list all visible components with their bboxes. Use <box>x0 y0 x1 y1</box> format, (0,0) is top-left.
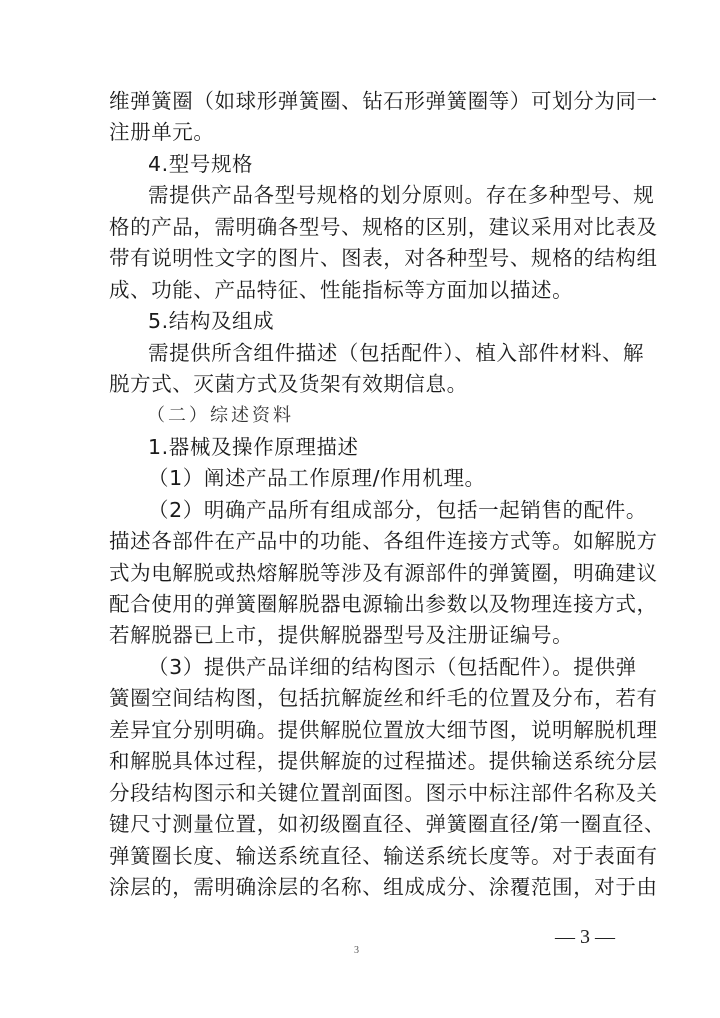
text-line: 脱方式、灭菌方式及货架有效期信息。 <box>109 369 613 400</box>
text-line: 差异宜分别明确。提供解脱位置放大细节图，说明解脱机理 <box>109 715 613 746</box>
text-line: 弹簧圈长度、输送系统直径、输送系统长度等。对于表面有 <box>109 841 613 872</box>
document-body: 维弹簧圈（如球形弹簧圈、钻石形弹簧圈等）可划分为同一 注册单元。 4.型号规格 … <box>109 86 613 903</box>
text-line: 维弹簧圈（如球形弹簧圈、钻石形弹簧圈等）可划分为同一 <box>109 86 613 117</box>
text-line: 簧圈空间结构图，包括抗解旋丝和纤毛的位置及分布，若有 <box>109 683 613 714</box>
document-page: 维弹簧圈（如球形弹簧圈、钻石形弹簧圈等）可划分为同一 注册单元。 4.型号规格 … <box>0 0 720 1018</box>
text-line: 键尺寸测量位置，如初级圈直径、弹簧圈直径/第一圈直径、 <box>109 809 613 840</box>
text-line: 需提供产品各型号规格的划分原则。存在多种型号、规 <box>109 180 613 211</box>
text-line: （3）提供产品详细的结构图示（包括配件）。提供弹 <box>109 652 613 683</box>
text-line: 成、功能、产品特征、性能指标等方面加以描述。 <box>109 275 613 306</box>
section-heading-model-spec: 4.型号规格 <box>109 149 613 180</box>
text-line: 涂层的，需明确涂层的名称、组成成分、涂覆范围，对于由 <box>109 872 613 903</box>
text-line: 式为电解脱或热熔解脱等涉及有源部件的弹簧圈，明确建议 <box>109 558 613 589</box>
text-line: 描述各部件在产品中的功能、各组件连接方式等。如解脱方 <box>109 526 613 557</box>
text-line: 需提供所含组件描述（包括配件）、植入部件材料、解 <box>109 338 613 369</box>
text-line: 带有说明性文字的图片、图表，对各种型号、规格的结构组 <box>109 243 613 274</box>
text-line: 和解脱具体过程，提供解旋的过程描述。提供输送系统分层 <box>109 746 613 777</box>
text-line: 配合使用的弹簧圈解脱器电源输出参数以及物理连接方式， <box>109 589 613 620</box>
text-line: 分段结构图示和关键位置剖面图。图示中标注部件名称及关 <box>109 778 613 809</box>
text-line: （2）明确产品所有组成部分，包括一起销售的配件。 <box>109 495 613 526</box>
text-line: 格的产品，需明确各型号、规格的区别，建议采用对比表及 <box>109 212 613 243</box>
section-heading-structure: 5.结构及组成 <box>109 306 613 337</box>
text-line: 注册单元。 <box>109 117 613 148</box>
page-number-footer: — 3 — <box>545 926 615 949</box>
text-line: 若解脱器已上市，提供解脱器型号及注册证编号。 <box>109 620 613 651</box>
text-line: （1）阐述产品工作原理/作用机理。 <box>109 463 613 494</box>
page-number-small: 3 <box>354 945 359 956</box>
subsection-heading-summary: （二）综述资料 <box>109 400 613 431</box>
section-heading-principle: 1.器械及操作原理描述 <box>109 432 613 463</box>
